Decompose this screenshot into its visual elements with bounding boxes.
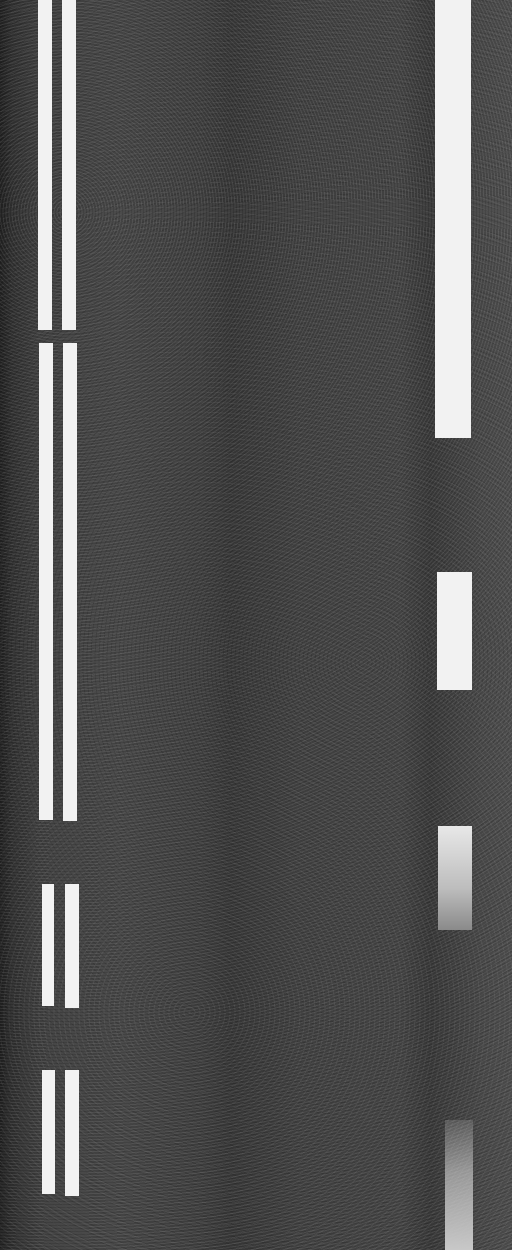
- road-surface: [0, 0, 512, 1250]
- right-line-dash-1: [435, 0, 471, 438]
- left-line-outer-segment-2: [63, 343, 77, 821]
- left-line-inner-segment-2: [39, 343, 53, 820]
- right-line-dash-2: [437, 572, 472, 690]
- left-line-outer-dash-2: [65, 1070, 79, 1196]
- left-line-inner-dash-1: [42, 884, 54, 1006]
- left-line-outer-dash-1: [65, 884, 79, 1008]
- right-line-dash-3: [438, 826, 472, 930]
- left-line-inner-dash-2: [42, 1070, 55, 1194]
- left-line-outer-segment-1: [62, 0, 76, 330]
- right-line-dash-4: [445, 1120, 473, 1250]
- left-line-inner-segment-1: [38, 0, 52, 330]
